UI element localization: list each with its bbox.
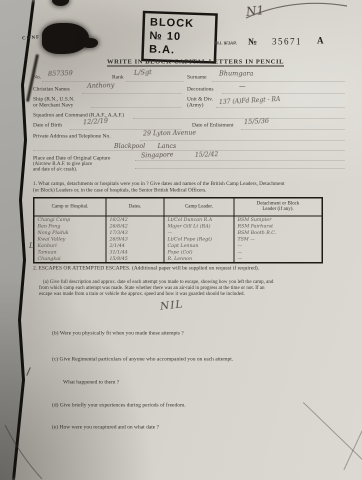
cell-dates: 31/1/44: [107, 249, 165, 256]
dotted-rule: [91, 107, 182, 108]
cell-leader: Pope (Col): [165, 249, 235, 256]
field-address-line1: 29 Lyton Avenue: [143, 129, 196, 137]
question1-text-line1: 1. What camps, detachments or hospitals …: [33, 181, 285, 187]
block-stamp-line1: BLOCK: [150, 15, 215, 31]
serial-no-symbol: №: [248, 37, 257, 47]
question2c: (c) Give Regimental particulars of anyon…: [52, 356, 233, 362]
cell-leader: —: [165, 230, 235, 237]
torn-edge-shadow: [0, 0, 359, 480]
stray-pencil-mark: [26, 367, 31, 376]
cell-leader: Capt Lennan: [165, 243, 235, 250]
field-surname-label: Surname: [187, 74, 207, 80]
field-capture-label-3: and date of a/c crash).: [33, 167, 77, 173]
crease-line: [303, 402, 362, 469]
table-row: Tamuan 31/1/44 Pope (Col) —: [35, 249, 322, 256]
field-rank-value: L/Sgt: [134, 69, 152, 77]
cell-leader: R. Lennon: [165, 256, 235, 263]
cell-camp: Kwai Valley: [35, 236, 107, 243]
header-detachment: Detachment or Block Leader (if any).: [235, 199, 322, 216]
header-leader: Camp Leader.: [165, 199, 235, 216]
dotted-rule: [135, 160, 345, 161]
field-dob-value: 12/2/19: [83, 117, 109, 126]
pencil-instruction: WRITE IN BLOCK CAPITAL LETTERS IN PENCIL: [107, 58, 284, 67]
field-ship-label-2: or Merchant Navy: [33, 102, 73, 108]
header-detachment-line1: Detachment or Block: [235, 201, 322, 207]
field-capture-label-2: (Aircrew R.A.F. to give place: [33, 161, 92, 167]
cell-detachment: BSM Sumpter: [235, 217, 322, 224]
dotted-rule: [33, 150, 345, 151]
torn-hole: [42, 23, 89, 54]
dotted-rule: [212, 81, 345, 82]
field-squadron-label: Squadron and Command (R.A.F., A.A.F.): [33, 112, 124, 118]
cell-leader: Lt/Col Duncan R.A: [165, 217, 235, 224]
field-decorations-label: Decorations: [187, 86, 214, 92]
cell-dates: 26/9/43: [107, 236, 165, 243]
field-address-line2: Blackpool Lancs: [114, 142, 176, 150]
cell-dates: 16/2/42: [107, 217, 165, 224]
question2-heading: 2. ESCAPES OR ATTEMPTED ESCAPES. (Additi…: [33, 265, 259, 271]
corner-fold-crease: [0, 420, 60, 480]
header-camp: Camp or Hospital.: [35, 199, 107, 216]
field-ship-label-1: Ship (R.N., U.S.N.: [33, 96, 75, 102]
table-row: Ban Pong 26/6/42 Major Gill Lt (RA) RSM …: [35, 223, 322, 230]
field-unit-label-2: (Army): [187, 102, 204, 108]
field-enlistment-value: 15/5/36: [244, 117, 269, 126]
field-address-label: Private Address and Telephone No.: [33, 133, 111, 139]
table-row: Changi Camp 16/2/42 Lt/Col Duncan R.A BS…: [35, 217, 322, 224]
cell-leader: Lt/Col Pope (Regt): [165, 236, 235, 243]
block-number-stamp: BLOCK № 10 B.A.: [141, 11, 218, 64]
camps-table: Camp or Hospital. Dates. Camp Leader. De…: [33, 197, 323, 264]
pen-note: N1: [245, 3, 265, 19]
question2a-line1: (a) Give full description and approx. da…: [43, 279, 273, 285]
question2a-line3: escape was made from a train or vehicle …: [39, 291, 245, 297]
table-row: Kwai Valley 26/9/43 Lt/Col Pope (Regt) T…: [35, 236, 322, 243]
cell-camp: Chungkai: [35, 256, 107, 263]
field-christian-names-value: Anthony: [87, 82, 115, 90]
edge-notch: [52, 0, 69, 6]
field-capture-place: Singapore: [141, 150, 174, 159]
header-dates: Dates.: [107, 199, 165, 216]
dotted-rule: [82, 93, 182, 94]
margin-mark: L: [29, 241, 34, 250]
crease-line: [343, 411, 362, 470]
cell-camp: Tamuan: [35, 249, 107, 256]
scan-backing: CONF BLOCK № 10 B.A. M.I. 9/JAP. № 35671…: [0, 0, 362, 480]
cell-dates: 17/3/43: [107, 230, 165, 237]
scanned-document-frame: CONF BLOCK № 10 B.A. M.I. 9/JAP. № 35671…: [0, 0, 362, 480]
torn-hole-small: [83, 38, 98, 48]
field-surname-value: Bhumgara: [219, 70, 253, 78]
field-unit-value: 137 (A)Fd Regt - RA: [219, 95, 281, 105]
field-unit-label-1: Unit & Div.: [187, 96, 213, 102]
field-decorations-value: —: [239, 83, 246, 91]
dotted-rule: [222, 93, 345, 94]
tear-streak: [26, 54, 39, 102]
table-row: Chungkai 15/8/45 R. Lennon —: [35, 256, 322, 263]
field-capture-date: 15/2/42: [195, 151, 218, 159]
dotted-rule: [42, 81, 109, 82]
field-no-label: No.: [33, 74, 41, 80]
dotted-rule: [216, 107, 345, 108]
cell-camp: Nong Pladuk: [35, 230, 107, 237]
cell-dates: 26/6/42: [107, 223, 165, 230]
cell-dates: 15/8/45: [107, 256, 165, 263]
question2d: (d) Give briefly your experiences during…: [52, 402, 186, 408]
question2c-followup: What happened to them ?: [63, 379, 119, 385]
cell-detachment: —: [235, 249, 322, 256]
field-christian-names-label: Christian Names: [33, 86, 70, 92]
table-row: Kanburi 2/1/44 Capt Lennan —: [35, 243, 322, 250]
pen-flourish: [243, 1, 353, 23]
cell-detachment: RSM Fairhurst: [235, 223, 322, 230]
cell-detachment: BSM Booth B.C.: [235, 230, 322, 237]
dotted-rule: [126, 81, 184, 82]
form-reference: M.I. 9/JAP.: [215, 41, 237, 46]
cell-detachment: —: [235, 256, 322, 263]
serial-number: 35671: [272, 37, 302, 47]
camps-table-header-row: Camp or Hospital. Dates. Camp Leader. De…: [35, 199, 322, 217]
cell-dates: 2/1/44: [107, 243, 165, 250]
block-stamp-line3: B.A.: [149, 42, 214, 58]
dotted-rule: [241, 129, 345, 130]
cell-camp: Ban Pong: [35, 223, 107, 230]
dotted-rule: [140, 140, 345, 141]
cell-camp: Kanburi: [35, 243, 107, 250]
question1-text-line2: (or Block) Leaders or, in the case of ho…: [33, 188, 206, 194]
question2b: (b) Were you physically fit when you mad…: [52, 330, 184, 336]
cell-detachment: —: [235, 243, 322, 250]
dotted-rule: [133, 118, 345, 119]
series-letter: A: [317, 36, 324, 46]
question2a-answer: NIL: [159, 298, 183, 312]
header-detachment-line2: Leader (if any).: [235, 206, 322, 212]
field-no-value: 857359: [48, 70, 73, 78]
field-rank-label: Rank: [112, 74, 124, 80]
question2a-line2: from which camp each attempt was made. S…: [39, 285, 265, 291]
field-dob-label: Date of Birth: [33, 122, 62, 128]
cell-camp: Changi Camp: [35, 217, 107, 224]
question2e: (e) How were you recaptured and on what …: [52, 424, 159, 430]
dotted-rule: [70, 129, 182, 130]
field-enlistment-label: Date of Enlistment: [192, 122, 234, 128]
torn-stamp-fragment: CONF: [22, 34, 41, 41]
dotted-rule: [135, 168, 345, 169]
cell-detachment: TSM —: [235, 236, 322, 243]
block-stamp-line2: № 10: [149, 28, 214, 44]
cell-leader: Major Gill Lt (RA): [165, 223, 235, 230]
table-row: Nong Pladuk 17/3/43 — BSM Booth B.C.: [35, 230, 322, 237]
questionnaire-paper: [0, 0, 362, 480]
field-capture-label-1: Place and Date of Original Capture: [33, 155, 110, 161]
